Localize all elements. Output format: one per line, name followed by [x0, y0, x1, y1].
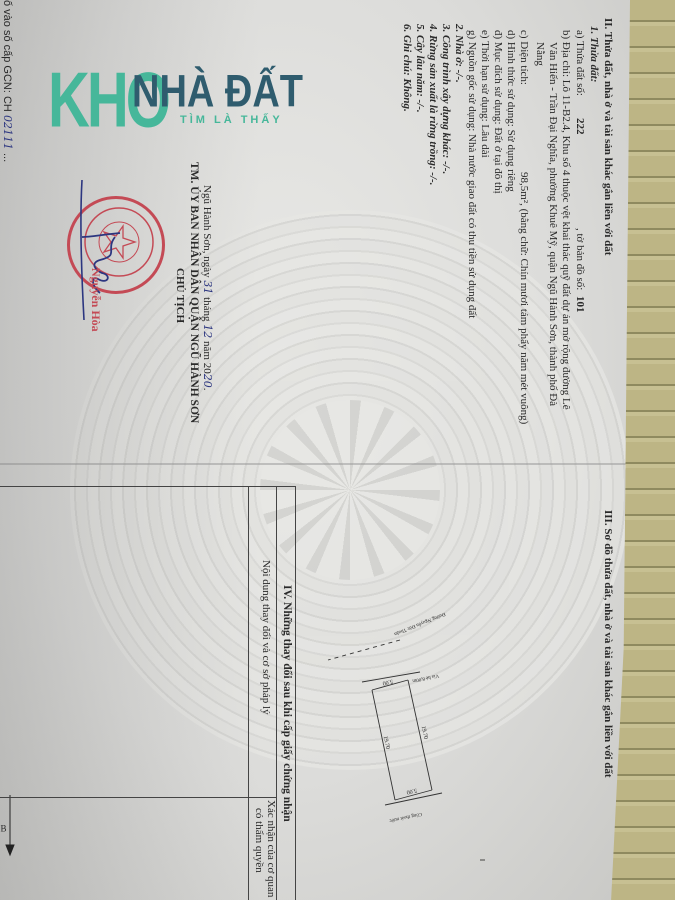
dim-side-b: 19.70 [378, 735, 394, 751]
changes-col-confirm-1: Xác nhận của cơ quan [264, 800, 277, 897]
section-iv-title: IV. Những thay đổi sau khi cấp giấy chứn… [280, 585, 293, 822]
certificate-content: II. Thửa đất, nhà ở và tài sản khác gắn … [0, 0, 630, 900]
changes-col-content: Nội dung thay đổi và cơ sở pháp lý [259, 560, 272, 715]
dim-side-a: 19.70 [416, 725, 432, 741]
changes-col-confirm-2: có thẩm quyền [252, 808, 265, 873]
